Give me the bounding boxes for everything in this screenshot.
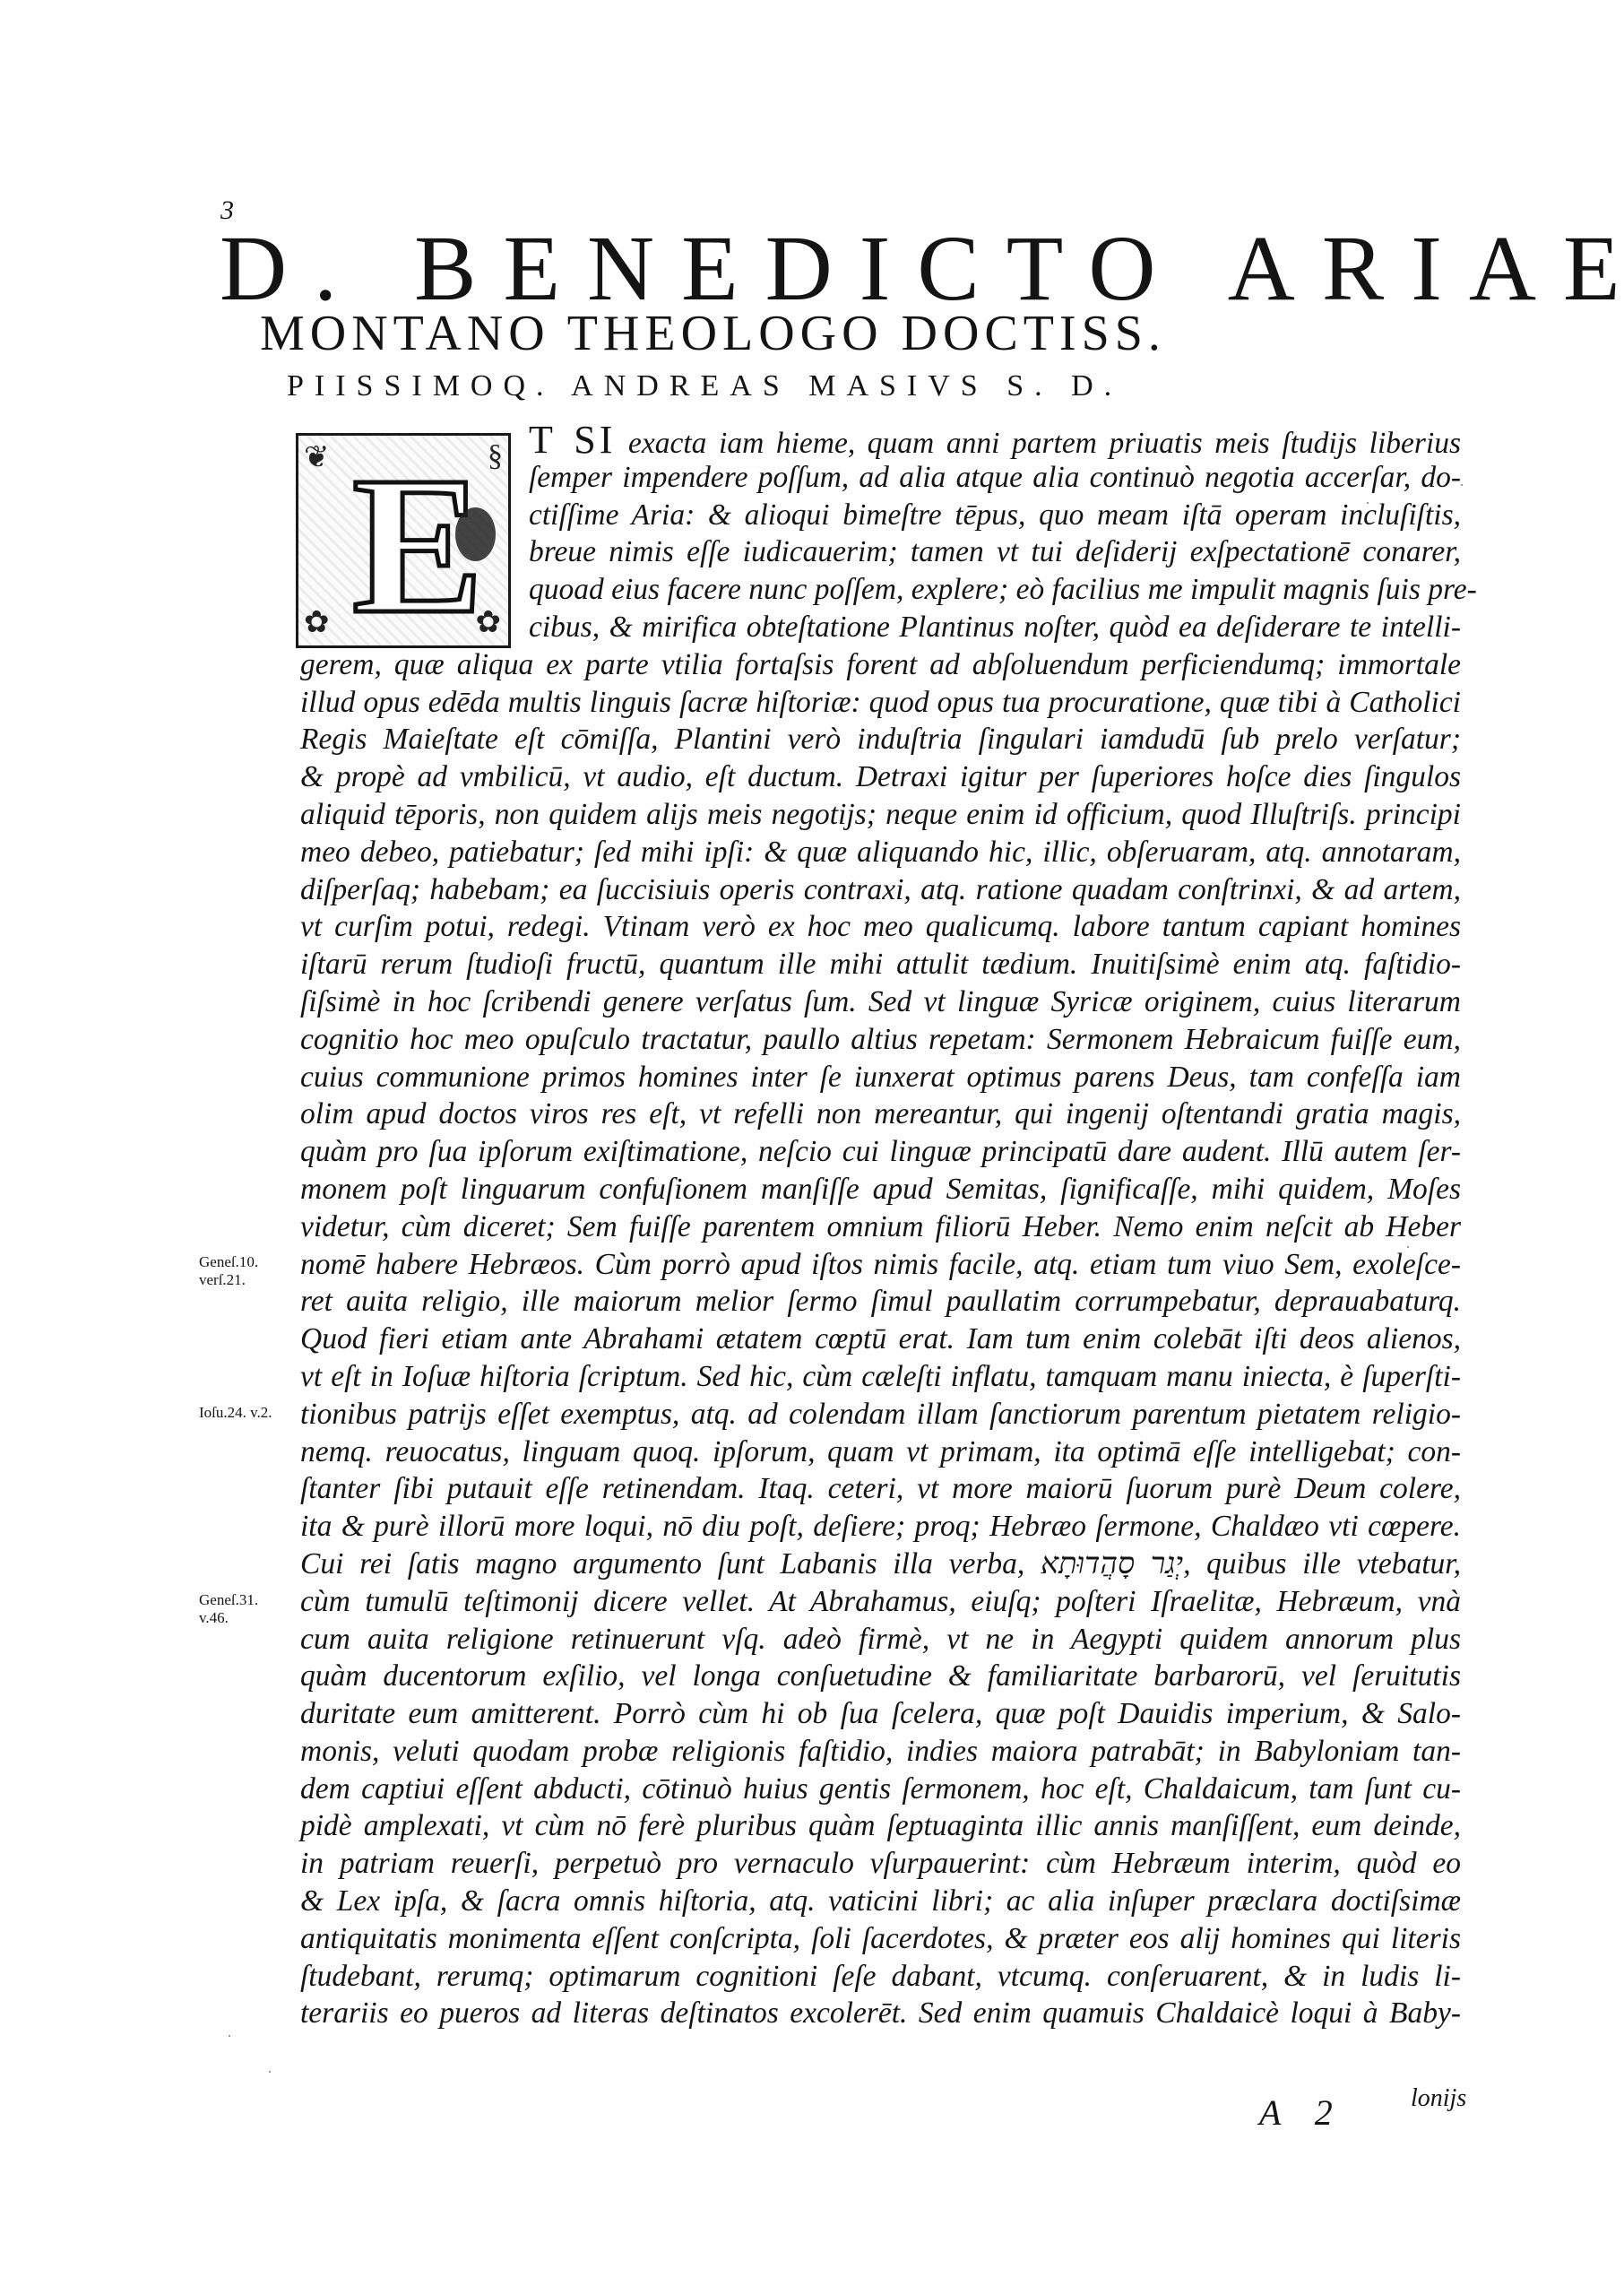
text-line: breue nimis eſſe iudicauerim; tamen vt t… bbox=[300, 533, 1461, 571]
opening-word: T SI bbox=[529, 418, 616, 462]
text-line: aliquid tēporis, non quidem alijs meis n… bbox=[300, 796, 1461, 834]
text-line: ita & purè illorū more loqui, nō diu poſ… bbox=[300, 1508, 1461, 1546]
text-line: gerem, quæ aliqua ex parte vtilia fortaſ… bbox=[300, 646, 1461, 684]
text-line: ſtudebant, rerumq; optimarum cognitioni … bbox=[300, 1958, 1461, 1996]
text-line: iſtarū rerum ſtudioſi fructū, quantum il… bbox=[300, 946, 1461, 983]
text-line: quàm ducentorum exſilio, vel longa conſu… bbox=[300, 1658, 1461, 1695]
text-line: ſemper impendere poſſum, ad alia atque a… bbox=[300, 459, 1461, 497]
text-line: cum auita religione retinuerunt vſq. ade… bbox=[300, 1621, 1461, 1658]
text-line: tionibus patrijs eſſet exemptus, atq. ad… bbox=[300, 1396, 1461, 1433]
title-dedication-line-2: MONTANO THEOLOGO DOCTISS. bbox=[260, 305, 1425, 362]
text-line: cibus, & mirifica obteſtatione Plantinus… bbox=[300, 609, 1461, 646]
text-line: monis, veluti quodam probæ religionis fa… bbox=[300, 1733, 1461, 1771]
margin-note-genesis-31: Geneſ.31. v.46. bbox=[199, 1591, 289, 1627]
text-line: vt curſim potui, redegi. Vtinam verò ex … bbox=[300, 908, 1461, 946]
text-line: illud opus edēda multis linguis ſacræ hi… bbox=[300, 684, 1461, 722]
text-line: nemq. reuocatus, linguam quoq. ipſorum, … bbox=[300, 1433, 1461, 1471]
title-dedication-line-3: PIISSIMOQ. ANDREAS MASIVS S. D. bbox=[287, 369, 1362, 403]
text-line: duritate eum amitterent. Porrò cùm hi ob… bbox=[300, 1695, 1461, 1733]
title-dedication-line-1: D. BENEDICTO ARIAE bbox=[220, 220, 1421, 318]
text-line: terariis eo pueros ad literas deſtinatos… bbox=[300, 1995, 1461, 2032]
text-line: & Lex ipſa, & ſacra omnis hiſtoria, atq.… bbox=[300, 1883, 1461, 1920]
margin-note-genesis-10: Geneſ.10. verſ.21. bbox=[199, 1253, 289, 1289]
text-line: olim apud doctos viros res eſt, vt refel… bbox=[300, 1096, 1461, 1133]
book-page: 3 D. BENEDICTO ARIAE MONTANO THEOLOGO DO… bbox=[0, 0, 1624, 2295]
text-line: pidè amplexati, vt cùm nō ferè pluribus … bbox=[300, 1807, 1461, 1845]
text-line: in patriam reuerſi, perpetuò pro vernacu… bbox=[300, 1845, 1461, 1883]
text-line: & propè ad vmbilicū, vt audio, eſt ductu… bbox=[300, 758, 1461, 796]
letter-body: T SI exacta iam hieme, quam anni partem … bbox=[300, 421, 1461, 2032]
paper-speck bbox=[1367, 502, 1369, 504]
text-line: ctiſſime Aria: & alioqui bimeſtre tēpus,… bbox=[300, 497, 1461, 534]
signature-mark: A 2 bbox=[1259, 2091, 1345, 2134]
text-line: dem captiui eſſent abducti, cōtinuò huiu… bbox=[300, 1771, 1461, 1808]
text-line: Regis Maieſtate eſt cōmiſſa, Plantini ve… bbox=[300, 721, 1461, 758]
text-line: meo debeo, patiebatur; ſed mihi ipſi: & … bbox=[300, 834, 1461, 871]
paper-speck bbox=[229, 2035, 230, 2037]
margin-note-joshua-24: Ioſu.24. v.2. bbox=[199, 1404, 289, 1422]
paper-speck bbox=[269, 2071, 271, 2073]
text-line: cognitio hoc meo opuſculo tractatur, pau… bbox=[300, 1021, 1461, 1059]
text-line: cuius communione primos homines inter ſe… bbox=[300, 1059, 1461, 1096]
catchword: lonijs bbox=[1411, 2084, 1466, 2113]
paper-speck bbox=[1461, 484, 1463, 486]
text-line: vt eſt in Ioſuæ hiſtoria ſcriptum. Sed h… bbox=[300, 1358, 1461, 1396]
text-line: monem poſt linguarum confuſionem manſiſſ… bbox=[300, 1171, 1461, 1208]
text-line: quoad eius facere nunc poſſem, explere; … bbox=[300, 571, 1461, 609]
text-line: quàm pro ſua ipſorum exiſtimatione, neſc… bbox=[300, 1133, 1461, 1171]
text-line: cùm tumulū teſtimonij dicere vellet. At … bbox=[300, 1583, 1461, 1621]
text-line: Quod fieri etiam ante Abrahami ætatem cœ… bbox=[300, 1321, 1461, 1358]
text-line: ſiſsimè in hoc ſcribendi genere verſatus… bbox=[300, 983, 1461, 1021]
text-line: ret auita religio, ille maiorum melior ſ… bbox=[300, 1283, 1461, 1321]
text-line: ſtanter ſibi putauit eſſe retinendam. It… bbox=[300, 1470, 1461, 1508]
text-line: antiquitatis monimenta eſſent conſcripta… bbox=[300, 1920, 1461, 1958]
paper-speck bbox=[1407, 1246, 1409, 1248]
text-line: Cui rei ſatis magno argumento ſunt Laban… bbox=[300, 1546, 1461, 1583]
text-line: diſperſaq; habebam; ea ſuccisiuis operis… bbox=[300, 871, 1461, 909]
text-line: videtur, cùm diceret; Sem fuiſſe parente… bbox=[300, 1208, 1461, 1246]
text-line: T SI exacta iam hieme, quam anni partem … bbox=[300, 421, 1461, 459]
text-line: nomē habere Hebræos. Cùm porrò apud iſto… bbox=[300, 1246, 1461, 1284]
